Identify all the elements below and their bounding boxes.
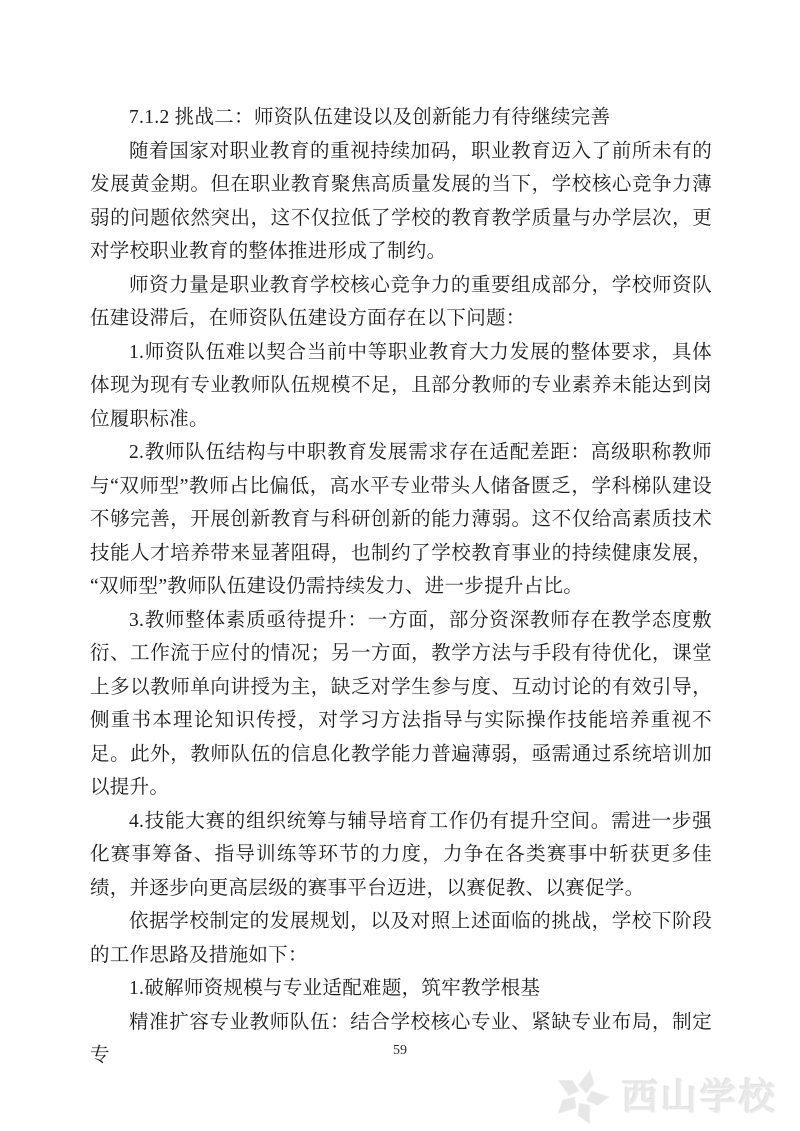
page-number: 59 <box>0 1043 800 1059</box>
body-paragraph: 依据学校制定的发展规划，以及对照上述面临的挑战，学校下阶段的工作思路及措施如下： <box>90 905 712 972</box>
body-paragraph: 4.技能大赛的组织统筹与辅导培育工作仍有提升空间。需进一步强化赛事筹备、指导训练… <box>90 805 712 906</box>
body-paragraph: 随着国家对职业教育的重视持续加码，职业教育迈入了前所未有的发展黄金期。但在职业教… <box>90 135 712 269</box>
body-paragraph: 3.教师整体素质亟待提升：一方面，部分资深教师存在教学态度敷衍、工作流于应付的情… <box>90 604 712 805</box>
document-content: 7.1.2 挑战二：师资队伍建设以及创新能力有待继续完善 随着国家对职业教育的重… <box>90 101 712 1073</box>
school-watermark: 西山学校 <box>546 1066 778 1128</box>
body-paragraph: 师资力量是职业教育学校核心竞争力的重要组成部分，学校师资队伍建设滞后，在师资队伍… <box>90 269 712 336</box>
section-heading: 7.1.2 挑战二：师资队伍建设以及创新能力有待继续完善 <box>90 101 712 135</box>
body-paragraph: 精准扩容专业教师队伍：结合学校核心专业、紧缺专业布局，制定专 <box>90 1006 712 1073</box>
body-paragraph: 1.破解师资规模与专业适配难题，筑牢教学根基 <box>90 972 712 1006</box>
body-paragraph: 1.师资队伍难以契合当前中等职业教育大力发展的整体要求，具体体现为现有专业教师队… <box>90 336 712 437</box>
document-page: 7.1.2 挑战二：师资队伍建设以及创新能力有待继续完善 随着国家对职业教育的重… <box>0 0 800 1131</box>
body-paragraph: 2.教师队伍结构与中职教育发展需求存在适配差距：高级职称教师与“双师型”教师占比… <box>90 436 712 604</box>
watermark-text: 西山学校 <box>622 1079 778 1115</box>
star-pinwheel-icon <box>546 1066 616 1128</box>
